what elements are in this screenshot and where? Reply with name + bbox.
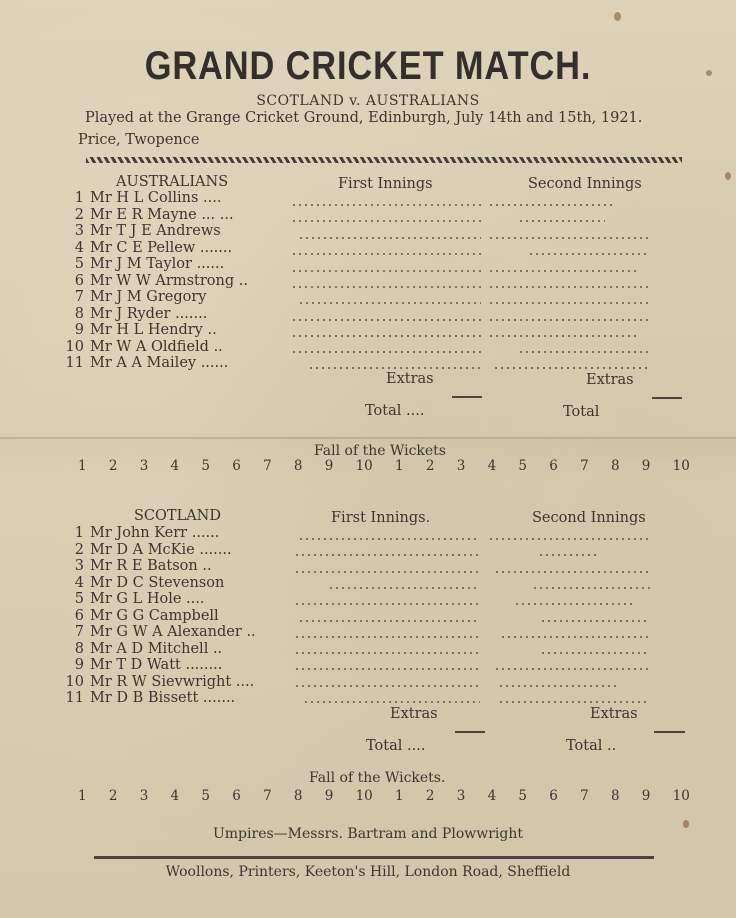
player-name: Mr J Ryder	[90, 306, 170, 322]
printer-line: Woollons, Printers, Keeton's Hill, Londo…	[0, 864, 736, 880]
player-name: Mr G L Hole	[90, 591, 181, 607]
player-row: 1Mr H L Collins ....	[60, 190, 248, 207]
player-name: Mr John Kerr	[90, 525, 187, 541]
player-name: Mr H L Collins	[90, 190, 198, 206]
player-row: 8Mr A D Mitchell ..	[60, 641, 256, 658]
match-subtitle: SCOTLAND v. AUSTRALIANS	[0, 93, 736, 109]
total-label-second: Total ..	[566, 738, 616, 754]
player-name: Mr A D Mitchell	[90, 641, 208, 657]
player-row: 5Mr J M Taylor ......	[60, 256, 248, 273]
player-name: Mr G W A Alexander	[90, 624, 242, 640]
total-rule	[652, 397, 682, 399]
total-label-second: Total	[563, 404, 599, 420]
player-row: 1Mr John Kerr ......	[60, 525, 256, 542]
total-rule	[654, 731, 685, 733]
innings-heading-second: Second Innings	[532, 510, 646, 526]
player-row: 7Mr J M Gregory	[60, 289, 248, 306]
player-row: 3Mr T J E Andrews	[60, 223, 248, 240]
total-rule	[452, 396, 482, 398]
fall-of-wickets-numbers: 1234567891012345678910	[78, 458, 690, 474]
footer-rule	[94, 856, 654, 859]
player-name: Mr R W Sievwright	[90, 674, 231, 690]
player-row: 9Mr T D Watt ........	[60, 657, 256, 674]
price-line: Price, Twopence	[78, 132, 199, 148]
extras-label-first: Extras	[390, 706, 438, 722]
team-heading-scotland: SCOTLAND	[134, 508, 221, 524]
player-name: Mr W A Oldfield	[90, 339, 209, 355]
scotland-batting-list: 1Mr John Kerr ...... 2Mr D A McKie .....…	[60, 525, 256, 707]
innings-heading-first: First Innings	[338, 176, 433, 192]
scorecard-page: GRAND CRICKET MATCH. SCOTLAND v. AUSTRAL…	[0, 0, 736, 918]
innings-heading-first: First Innings.	[331, 510, 430, 526]
extras-label-second: Extras	[590, 706, 638, 722]
player-name: Mr D C Stevenson	[90, 575, 224, 591]
total-label-first: Total ....	[365, 403, 424, 419]
player-row: 8Mr J Ryder .......	[60, 306, 248, 323]
player-row: 9Mr H L Hendry ..	[60, 322, 248, 339]
player-row: 10Mr W A Oldfield ..	[60, 339, 248, 356]
extras-label-first: Extras	[386, 371, 434, 387]
player-row: 11Mr D B Bissett .......	[60, 690, 256, 707]
fall-of-wickets-heading: Fall of the Wickets.	[309, 770, 445, 786]
player-name: Mr T J E Andrews	[90, 223, 221, 239]
player-name: Mr C E Pellew	[90, 240, 195, 256]
player-name: Mr G G Campbell	[90, 608, 219, 624]
innings-heading-second: Second Innings	[528, 176, 642, 192]
player-row: 3Mr R E Batson ..	[60, 558, 256, 575]
team-heading-australians: AUSTRALIANS	[116, 174, 228, 190]
foxing-spot	[725, 172, 731, 180]
player-name: Mr A A Mailey	[90, 355, 196, 371]
player-row: 6Mr W W Armstrong ..	[60, 273, 248, 290]
player-name: Mr J M Gregory	[90, 289, 207, 305]
paper-fold	[0, 437, 736, 439]
player-name: Mr J M Taylor	[90, 256, 192, 272]
fall-of-wickets-heading: Fall of the Wickets	[314, 443, 446, 459]
player-row: 10Mr R W Sievwright ....	[60, 674, 256, 691]
foxing-spot	[614, 12, 621, 21]
page-title: GRAND CRICKET MATCH.	[52, 44, 685, 89]
total-label-first: Total ....	[366, 738, 425, 754]
player-row: 2Mr D A McKie .......	[60, 542, 256, 559]
player-row: 4Mr C E Pellew .......	[60, 240, 248, 257]
player-row: 4Mr D C Stevenson	[60, 575, 256, 592]
player-row: 2Mr E R Mayne ... ...	[60, 207, 248, 224]
player-row: 5Mr G L Hole ....	[60, 591, 256, 608]
total-rule	[455, 731, 485, 733]
player-name: Mr R E Batson	[90, 558, 198, 574]
australians-batting-list: 1Mr H L Collins .... 2Mr E R Mayne ... .…	[60, 190, 248, 372]
extras-label-second: Extras	[586, 372, 634, 388]
foxing-spot	[706, 70, 712, 76]
umpires-line: Umpires—Messrs. Bartram and Plowwright	[0, 826, 736, 842]
player-row: 6Mr G G Campbell	[60, 608, 256, 625]
rope-divider	[86, 157, 682, 163]
player-row: 11Mr A A Mailey ......	[60, 355, 248, 372]
player-name: Mr D A McKie	[90, 542, 195, 558]
player-name: Mr H L Hendry	[90, 322, 203, 338]
fall-of-wickets-numbers: 1234567891012345678910	[78, 788, 690, 804]
player-name: Mr E R Mayne	[90, 207, 197, 223]
player-name: Mr D B Bissett	[90, 690, 198, 706]
player-name: Mr T D Watt	[90, 657, 181, 673]
venue-line: Played at the Grange Cricket Ground, Edi…	[85, 110, 642, 126]
player-name: Mr W W Armstrong	[90, 273, 234, 289]
player-row: 7Mr G W A Alexander ..	[60, 624, 256, 641]
